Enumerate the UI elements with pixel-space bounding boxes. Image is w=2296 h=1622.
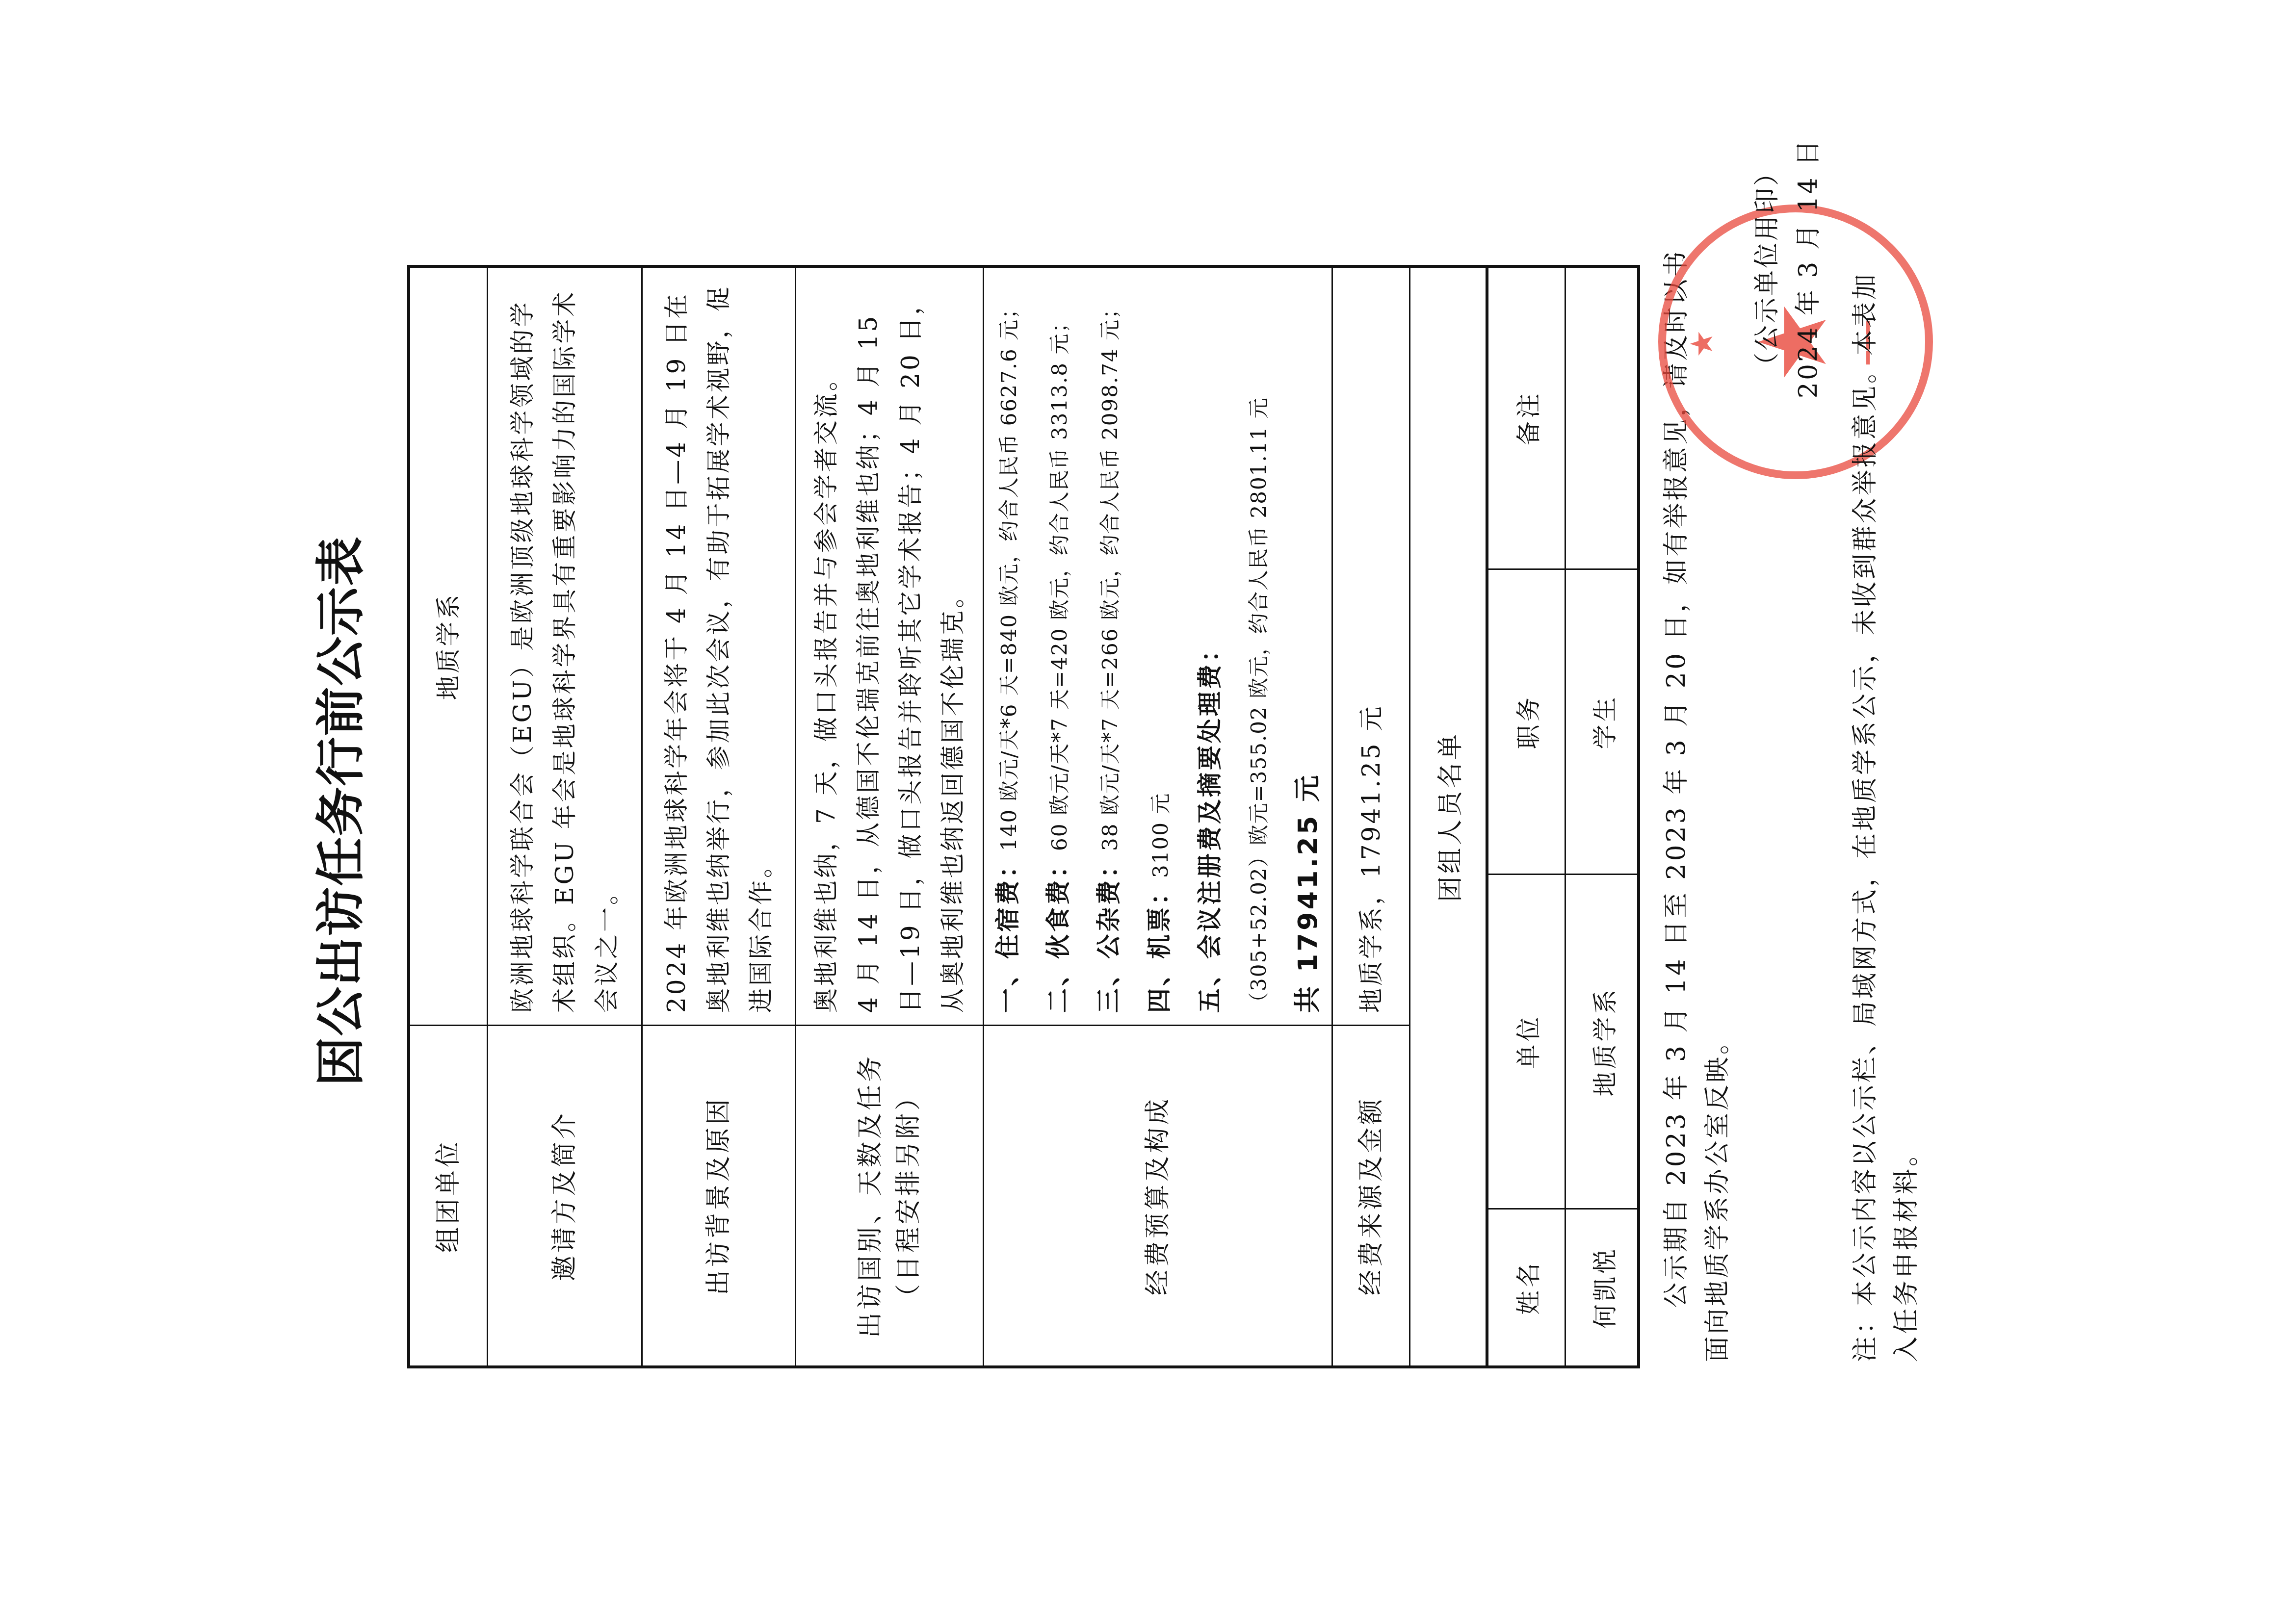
row-label: 邀请方及简介: [488, 1025, 641, 1365]
item-prefix: 四、: [1145, 959, 1174, 1013]
row-value: 奥地利维也纳，7 天，做口头报告并与参会学者交流。 4 月 14 日，从德国不伦…: [796, 268, 983, 1025]
header-remarks: 备注: [1488, 268, 1565, 568]
budget-breakdown: 一、住宿费：140 欧元/天*6 天=840 欧元，约合人民币 6627.6 元…: [984, 268, 1331, 1025]
budget-item: 二、伙食费：60 欧元/天*7 天=420 欧元，约合人民币 3313.8 元；: [1034, 280, 1084, 1013]
member-position: 学生: [1566, 568, 1640, 874]
label-text: 出访背景及原因: [700, 1096, 738, 1295]
table-row: 组团单位 地质学系: [410, 268, 488, 1365]
item-detail: 60 欧元/天*7 天=420 欧元，约合人民币 3313.8 元；: [1047, 311, 1071, 851]
item-name: 会议注册费及摘要处理费：: [1196, 635, 1224, 959]
item-name: 住宿费：: [993, 851, 1022, 959]
row-label: 组团单位: [410, 1025, 487, 1365]
document-page: 因公出访任务行前公示表 组团单位 地质学系 邀请方及简介 欧洲地球科学联合会（E…: [0, 0, 2296, 1622]
label-text: 经费预算及构成: [1139, 1096, 1177, 1295]
header-unit: 单位: [1488, 874, 1565, 1208]
seal-ring-text: ★: [1686, 212, 1718, 471]
table-row: 经费来源及金额 地质学系，17941.25 元: [1333, 268, 1410, 1365]
seal-caption: （公示单位用印）: [1747, 121, 1788, 415]
row-label: 经费预算及构成: [984, 1025, 1331, 1365]
member-name: 何凯悦: [1566, 1208, 1640, 1365]
member-remarks: [1566, 268, 1640, 568]
registration-detail: （305+52.02）欧元=355.02 欧元，约合人民币 2801.11 元: [1234, 280, 1283, 1013]
label-text: 经费来源及金额: [1352, 1096, 1390, 1295]
budget-item: 三、公杂费：38 欧元/天*7 天=266 欧元，约合人民币 2098.74 元…: [1084, 280, 1135, 1013]
item-detail: 3100 元: [1148, 793, 1173, 878]
item-prefix: 三、: [1095, 959, 1123, 1013]
row-value: 2024 年欧洲地球科学年会将于 4 月 14 日—4 月 19 日在奥地利维也…: [643, 268, 795, 1025]
table-row: 出访背景及原因 2024 年欧洲地球科学年会将于 4 月 14 日—4 月 19…: [643, 268, 796, 1365]
footnote: 注：本公示内容以公示栏、局域网方式，在地质学系公示，未收到群众举报意见。本表加入…: [1845, 249, 1927, 1362]
label-subtext: （日程安排另附）: [889, 1082, 928, 1310]
budget-total: 共 17941.25 元: [1283, 280, 1332, 1013]
row-value: 地质学系: [410, 268, 487, 1025]
visit-background: 2024 年欧洲地球科学年会将于 4 月 14 日—4 月 19 日在奥地利维也…: [655, 280, 782, 1013]
item-prefix: 二、: [1044, 959, 1072, 1013]
row-label: 经费来源及金额: [1333, 1025, 1409, 1365]
itinerary-summary: 奥地利维也纳，7 天，做口头报告并与参会学者交流。: [805, 280, 847, 1013]
organizing-unit: 地质学系: [427, 592, 470, 700]
row-label: 出访国别、天数及任务 （日程安排另附）: [796, 1025, 983, 1365]
members-section-title: 团组人员名单: [1410, 268, 1486, 1365]
row-label: 出访背景及原因: [643, 1025, 795, 1365]
itinerary-detail: 4 月 14 日，从德国不伦瑞克前往奥地利维也纳；4 月 15 日—19 日，做…: [847, 280, 974, 1013]
item-name: 机票：: [1145, 878, 1174, 959]
members-header-row: 姓名 单位 职务 备注: [1488, 268, 1566, 1365]
seal-date: 2024 年 3 月 14 日: [1788, 121, 1829, 415]
label-text: 组团单位: [429, 1139, 468, 1253]
header-name: 姓名: [1488, 1208, 1565, 1365]
item-prefix: 五、: [1196, 959, 1224, 1013]
row-value: 地质学系，17941.25 元: [1333, 268, 1409, 1025]
member-unit: 地质学系: [1566, 874, 1640, 1208]
row-value: 欧洲地球科学联合会（EGU）是欧洲顶级地球科学领域的学术组织。EGU 年会是地球…: [488, 268, 641, 1025]
item-name: 伙食费：: [1044, 851, 1072, 959]
header-position: 职务: [1488, 568, 1565, 874]
item-detail: 38 欧元/天*7 天=266 欧元，约合人民币 2098.74 元；: [1098, 297, 1122, 851]
funding-value: 地质学系，17941.25 元: [1350, 280, 1392, 1013]
inviter-intro: 欧洲地球科学联合会（EGU）是欧洲顶级地球科学领域的学术组织。EGU 年会是地球…: [501, 280, 628, 1013]
item-prefix: 一、: [993, 959, 1022, 1013]
seal-note: （公示单位用印） 2024 年 3 月 14 日: [1747, 121, 1829, 415]
table-row: 经费预算及构成 一、住宿费：140 欧元/天*6 天=840 欧元，约合人民币 …: [984, 268, 1333, 1365]
label-text: 出访国别、天数及任务: [851, 1054, 889, 1338]
budget-item: 五、会议注册费及摘要处理费：: [1185, 280, 1234, 1013]
table-row: 出访国别、天数及任务 （日程安排另附） 奥地利维也纳，7 天，做口头报告并与参会…: [796, 268, 984, 1365]
table-row: 邀请方及简介 欧洲地球科学联合会（EGU）是欧洲顶级地球科学领域的学术组织。EG…: [488, 268, 643, 1365]
members-title-row: 团组人员名单: [1410, 268, 1488, 1365]
page-title: 因公出访任务行前公示表: [304, 0, 378, 1622]
item-detail: 140 欧元/天*6 天=840 欧元，约合人民币 6627.6 元；: [997, 297, 1021, 851]
label-text: 邀请方及简介: [546, 1110, 584, 1281]
budget-item: 一、住宿费：140 欧元/天*6 天=840 欧元，约合人民币 6627.6 元…: [983, 280, 1034, 1013]
budget-item: 四、机票：3100 元: [1135, 280, 1185, 1013]
table-row: 何凯悦 地质学系 学生: [1566, 268, 1640, 1365]
publicity-table: 组团单位 地质学系 邀请方及简介 欧洲地球科学联合会（EGU）是欧洲顶级地球科学…: [407, 265, 1640, 1368]
item-name: 公杂费：: [1095, 851, 1123, 959]
